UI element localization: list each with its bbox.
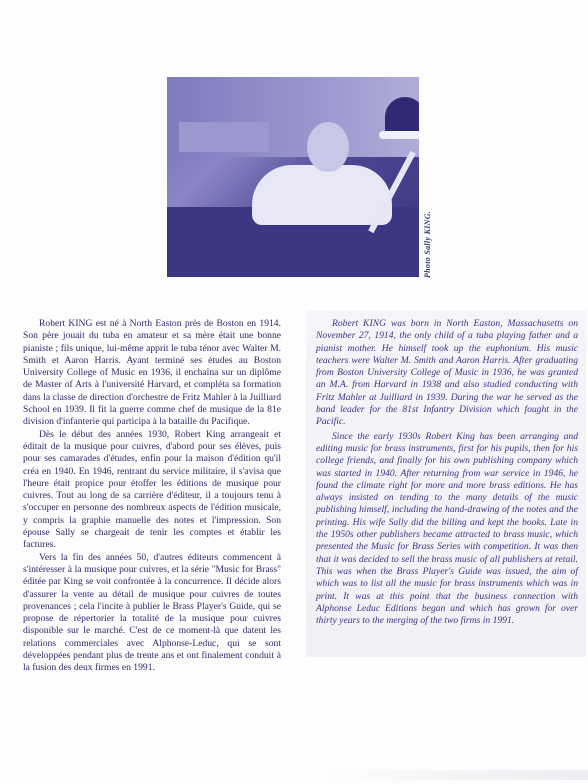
french-paragraph-2: Dès le début des années 1930, Robert Kin… <box>23 429 281 552</box>
page-edge-shadow <box>300 770 588 780</box>
document-page: Photo Sally KING. Robert KING est né à N… <box>0 0 588 784</box>
photo-shelf <box>179 122 269 152</box>
english-paragraph-1: Robert KING was born in North Easton, Ma… <box>316 318 578 429</box>
english-paragraph-2: Since the early 1930s Robert King has be… <box>316 431 578 628</box>
photo-man-head <box>307 122 349 172</box>
french-paragraph-1: Robert KING est né à North Easton près d… <box>23 318 281 429</box>
portrait-photo <box>167 77 419 277</box>
french-paragraph-3: Vers la fin des années 50, d'autres édit… <box>23 552 281 675</box>
photo-man-body <box>252 165 392 225</box>
photo-credit: Photo Sally KING. <box>423 211 432 278</box>
lamp-light <box>379 131 419 139</box>
lamp-icon <box>385 97 419 133</box>
english-column: Robert KING was born in North Easton, Ma… <box>306 310 586 657</box>
french-column: Robert KING est né à North Easton près d… <box>23 318 281 675</box>
